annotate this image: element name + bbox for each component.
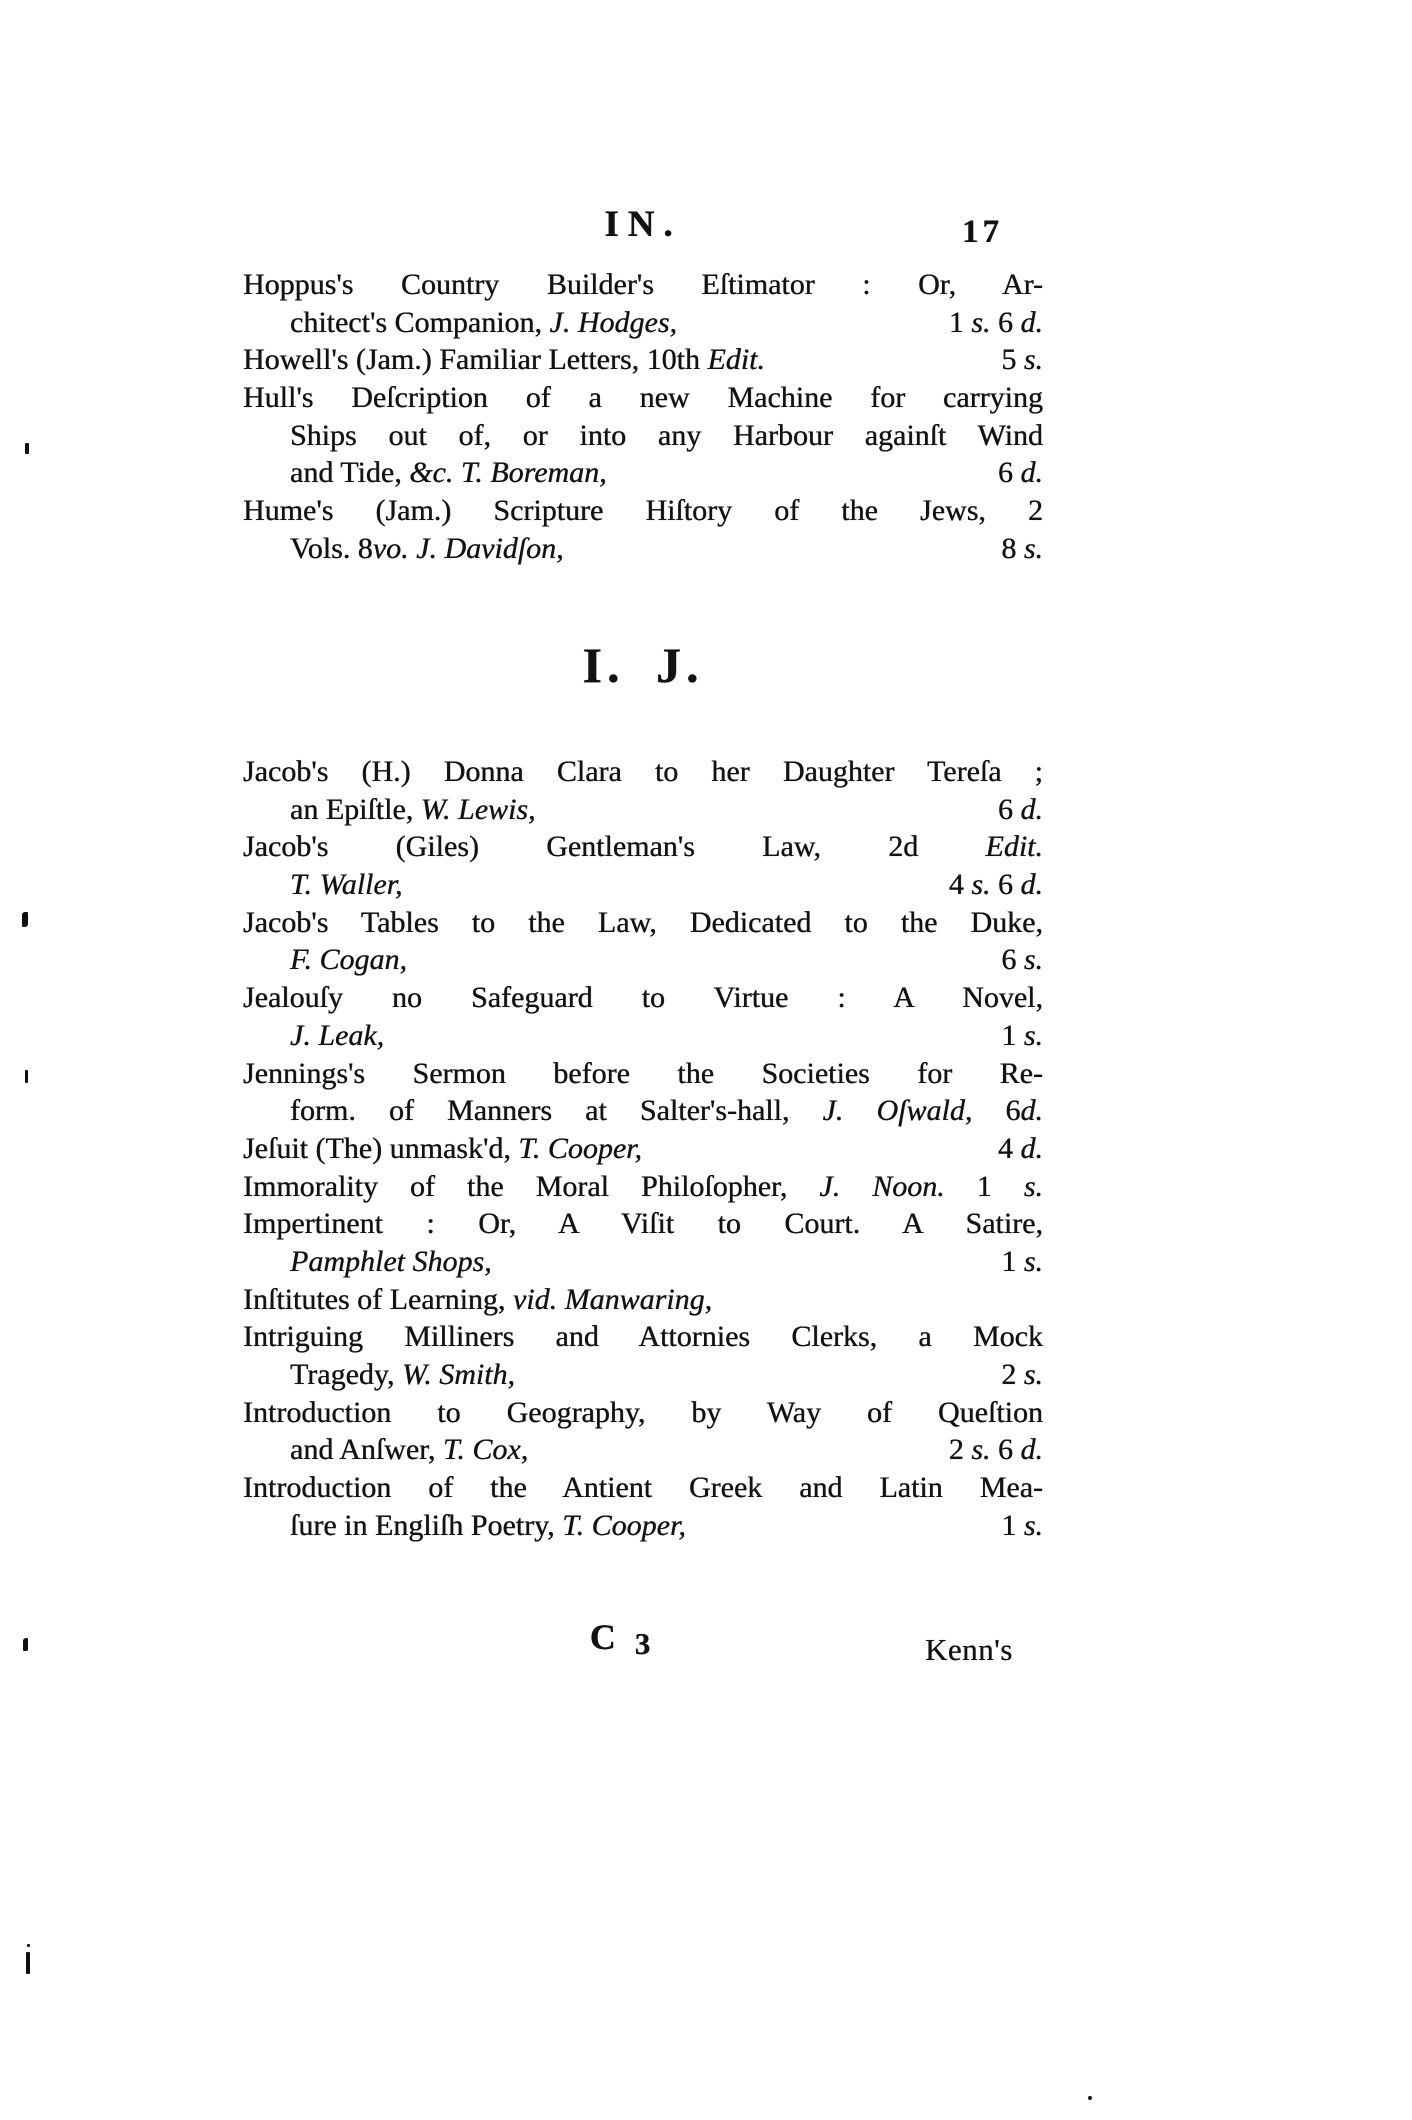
italic-text: d. (1021, 793, 1044, 826)
italic-text: &c. T. Boreman, (409, 456, 606, 489)
entry-price: 2 s. (989, 1356, 1043, 1394)
entry-line: chitect's Companion, J. Hodges,1 s. 6 d. (243, 304, 1043, 342)
margin-mark (25, 443, 29, 454)
italic-text: s. (1024, 943, 1043, 976)
italic-text: vid. Manwaring, (513, 1283, 712, 1316)
roman-text: Introduction to Geography, by Way of Que… (243, 1396, 1043, 1429)
roman-text: 6 (998, 456, 1021, 489)
roman-text: 6 (972, 1094, 1020, 1127)
entry-line: Hoppus's Country Builder's Eſtimator : O… (243, 266, 1043, 304)
roman-text: an Epiſtle, (290, 793, 421, 826)
entry-text: T. Waller, (290, 866, 403, 904)
signature-number: 3 (635, 1626, 651, 1661)
entry-line: Jennings's Sermon before the Societies f… (243, 1055, 1043, 1093)
entry-text: Jennings's Sermon before the Societies f… (243, 1057, 1043, 1090)
roman-text: 6 (991, 306, 1021, 339)
section-heading: I. J. (243, 636, 1043, 694)
roman-text: Inſtitutes of Learning, (243, 1283, 513, 1316)
italic-text: T. Cooper, (518, 1132, 642, 1165)
roman-text: Impertinent : Or, A Viſit to Court. A Sa… (243, 1207, 1043, 1240)
roman-text: Jealouſy no Safeguard to Virtue : A Nove… (243, 981, 1043, 1014)
signature-letter: C (590, 1617, 616, 1657)
roman-text: Jacob's (H.) Donna Clara to her Daughter… (243, 755, 1043, 788)
italic-text: d. (1021, 1094, 1044, 1127)
italic-text: s. (971, 868, 990, 901)
roman-text: Jeſuit (The) unmask'd, (243, 1132, 518, 1165)
entry-price: 4 d. (986, 1130, 1043, 1168)
entry-text: ſure in Engliſh Poetry, T. Cooper, (290, 1507, 686, 1545)
roman-text: 1 (949, 306, 972, 339)
italic-text: T. Cox, (443, 1433, 528, 1466)
entry-line: Pamphlet Shops,1 s. (243, 1243, 1043, 1281)
entry-line: Introduction of the Antient Greek and La… (243, 1469, 1043, 1507)
catalogue-page: IN. 17 I. J. Hoppus's Country Builder's … (0, 0, 1412, 2120)
entry-text: and Tide, &c. T. Boreman, (290, 454, 607, 492)
italic-text: Edit. (707, 343, 765, 376)
italic-text: s. (1024, 1170, 1043, 1203)
roman-text: Ships out of, or into any Harbour againſ… (290, 419, 1043, 452)
entry-line: and Tide, &c. T. Boreman,6 d. (243, 454, 1043, 492)
catchword: Kenn's (925, 1632, 1055, 1668)
italic-text: s. (1024, 1509, 1043, 1542)
entry-text: Howell's (Jam.) Familiar Letters, 10th E… (243, 341, 765, 379)
entry-line: Jacob's Tables to the Law, Dedicated to … (243, 904, 1043, 942)
roman-text: 6 (991, 868, 1021, 901)
margin-mark (27, 1944, 30, 1947)
italic-text: s. (971, 306, 990, 339)
italic-text: Pamphlet Shops, (290, 1245, 492, 1278)
roman-text: Jennings's Sermon before the Societies f… (243, 1057, 1043, 1090)
italic-text: s. (1024, 343, 1043, 376)
roman-text: form. of Manners at Salter's-hall, (290, 1094, 823, 1127)
entry-line: Jacob's (H.) Donna Clara to her Daughter… (243, 753, 1043, 791)
roman-text: 8 (1001, 532, 1024, 565)
italic-text: Edit. (986, 830, 1044, 863)
roman-text: 1 (1001, 1245, 1024, 1278)
roman-text: ſure in Engliſh Poetry, (290, 1509, 562, 1542)
roman-text: 6 (991, 1433, 1021, 1466)
italic-text: s. (1024, 1019, 1043, 1052)
entry-line: Jeſuit (The) unmask'd, T. Cooper,4 d. (243, 1130, 1043, 1168)
italic-text: s. (1024, 1358, 1043, 1391)
roman-text: 6 (998, 793, 1021, 826)
entry-line: Hume's (Jam.) Scripture Hiſtory of the J… (243, 492, 1043, 530)
margin-mark (25, 1070, 28, 1083)
entry-text: Tragedy, W. Smith, (290, 1356, 515, 1394)
roman-text: and Tide, (290, 456, 409, 489)
roman-text: Introduction of the Antient Greek and La… (243, 1471, 1043, 1504)
entry-price: 4 s. 6 d. (937, 866, 1043, 904)
italic-text: F. Cogan, (290, 943, 407, 976)
italic-text: d. (1021, 1433, 1044, 1466)
roman-text: chitect's Companion, (290, 306, 550, 339)
italic-text: s. (971, 1433, 990, 1466)
entry-line: ſure in Engliſh Poetry, T. Cooper,1 s. (243, 1507, 1043, 1545)
roman-text: 5 (1001, 343, 1024, 376)
roman-text: 2 (949, 1433, 972, 1466)
roman-text: 4 (949, 868, 972, 901)
entry-price: 1 s. (989, 1507, 1043, 1545)
entry-text: Vols. 8vo. J. Davidſon, (290, 530, 564, 568)
roman-text: Hoppus's Country Builder's Eſtimator : O… (243, 268, 1043, 301)
roman-text: and Anſwer, (290, 1433, 443, 1466)
entry-line: Tragedy, W. Smith,2 s. (243, 1356, 1043, 1394)
signature-mark: C 3 (560, 1616, 680, 1658)
roman-text: Tragedy, (290, 1358, 402, 1391)
italic-text: W. Smith, (402, 1358, 515, 1391)
entry-text: Ships out of, or into any Harbour againſ… (290, 419, 1043, 452)
entry-line: Impertinent : Or, A Viſit to Court. A Sa… (243, 1205, 1043, 1243)
entry-text: Jealouſy no Safeguard to Virtue : A Nove… (243, 981, 1043, 1014)
entry-text: Hoppus's Country Builder's Eſtimator : O… (243, 268, 1043, 301)
entry-price: 6 d. (986, 791, 1043, 829)
entry-text: Jacob's (Giles) Gentleman's Law, 2d Edit… (243, 830, 1043, 863)
entry-price: 5 s. (989, 341, 1043, 379)
roman-text: 1 (1001, 1509, 1024, 1542)
entry-text: Jacob's Tables to the Law, Dedicated to … (243, 906, 1043, 939)
entry-text: Hull's Deſcription of a new Machine for … (243, 381, 1043, 414)
italic-text: T. Waller, (290, 868, 403, 901)
entry-text: Jeſuit (The) unmask'd, T. Cooper, (243, 1130, 642, 1168)
roman-text: Immorality of the Moral Philoſopher, (243, 1170, 819, 1203)
italic-text: vo. J. Davidſon, (373, 532, 564, 565)
margin-mark (23, 1638, 28, 1651)
roman-text: Howell's (Jam.) Familiar Letters, 10th (243, 343, 707, 376)
entry-text: Hume's (Jam.) Scripture Hiſtory of the J… (243, 494, 1043, 527)
roman-text: Jacob's (Giles) Gentleman's Law, 2d (243, 830, 986, 863)
roman-text: 1 (945, 1170, 1024, 1203)
entry-line: T. Waller,4 s. 6 d. (243, 866, 1043, 904)
entry-text: Jacob's (H.) Donna Clara to her Daughter… (243, 755, 1043, 788)
italic-text: J. Noon. (819, 1170, 944, 1203)
italic-text: d. (1021, 1132, 1044, 1165)
entry-price: 1 s. 6 d. (937, 304, 1043, 342)
italic-text: T. Cooper, (562, 1509, 686, 1542)
entry-line: Introduction to Geography, by Way of Que… (243, 1394, 1043, 1432)
italic-text: s. (1024, 532, 1043, 565)
entry-line: Jacob's (Giles) Gentleman's Law, 2d Edit… (243, 828, 1043, 866)
entry-line: Inſtitutes of Learning, vid. Manwaring, (243, 1281, 1043, 1319)
roman-text: 6 (1001, 943, 1024, 976)
entry-price: 6 d. (986, 454, 1043, 492)
entry-text: Intriguing Milliners and Attornies Clerk… (243, 1320, 1043, 1353)
entry-line: F. Cogan,6 s. (243, 941, 1043, 979)
entry-line: Jealouſy no Safeguard to Virtue : A Nove… (243, 979, 1043, 1017)
entry-text: and Anſwer, T. Cox, (290, 1431, 528, 1469)
roman-text: 1 (1001, 1019, 1024, 1052)
italic-text: W. Lewis, (421, 793, 536, 826)
entry-block: Hoppus's Country Builder's Eſtimator : O… (243, 266, 1043, 568)
roman-text: 4 (998, 1132, 1021, 1165)
italic-text: s. (1024, 1245, 1043, 1278)
running-head: IN. (243, 203, 1043, 246)
italic-text: d. (1021, 868, 1044, 901)
entry-line: J. Leak,1 s. (243, 1017, 1043, 1055)
entry-text: an Epiſtle, W. Lewis, (290, 791, 536, 829)
italic-text: d. (1021, 306, 1044, 339)
entry-line: an Epiſtle, W. Lewis,6 d. (243, 791, 1043, 829)
roman-text: Vols. 8 (290, 532, 373, 565)
italic-text: J. Hodges, (550, 306, 677, 339)
entry-price: 2 s. 6 d. (937, 1431, 1043, 1469)
entry-text: Introduction to Geography, by Way of Que… (243, 1396, 1043, 1429)
entry-price: 1 s. (989, 1243, 1043, 1281)
entry-text: J. Leak, (290, 1017, 384, 1055)
entry-line: form. of Manners at Salter's-hall, J. Oſ… (243, 1092, 1043, 1130)
roman-text: Hume's (Jam.) Scripture Hiſtory of the J… (243, 494, 1043, 527)
entry-text: Impertinent : Or, A Viſit to Court. A Sa… (243, 1207, 1043, 1240)
margin-mark (1088, 2096, 1092, 2100)
italic-text: J. Oſwald, (823, 1094, 973, 1127)
roman-text: Jacob's Tables to the Law, Dedicated to … (243, 906, 1043, 939)
entry-line: Ships out of, or into any Harbour againſ… (243, 417, 1043, 455)
entry-line: Intriguing Milliners and Attornies Clerk… (243, 1318, 1043, 1356)
entry-price: 8 s. (989, 530, 1043, 568)
entry-text: Immorality of the Moral Philoſopher, J. … (243, 1170, 1043, 1203)
entry-line: Immorality of the Moral Philoſopher, J. … (243, 1168, 1043, 1206)
entry-text: form. of Manners at Salter's-hall, J. Oſ… (290, 1094, 1043, 1127)
entry-text: Introduction of the Antient Greek and La… (243, 1471, 1043, 1504)
entry-text: chitect's Companion, J. Hodges, (290, 304, 677, 342)
entry-block: Jacob's (H.) Donna Clara to her Daughter… (243, 753, 1043, 1544)
roman-text: Intriguing Milliners and Attornies Clerk… (243, 1320, 1043, 1353)
entry-text: Inſtitutes of Learning, vid. Manwaring, (243, 1283, 712, 1316)
margin-mark (22, 912, 28, 927)
entry-line: Vols. 8vo. J. Davidſon,8 s. (243, 530, 1043, 568)
page-number: 17 (962, 214, 1052, 251)
margin-mark (26, 1952, 30, 1974)
entry-line: Howell's (Jam.) Familiar Letters, 10th E… (243, 341, 1043, 379)
italic-text: J. Leak, (290, 1019, 384, 1052)
entry-line: Hull's Deſcription of a new Machine for … (243, 379, 1043, 417)
entry-price: 6 s. (989, 941, 1043, 979)
roman-text: 2 (1001, 1358, 1024, 1391)
italic-text: d. (1021, 456, 1044, 489)
entry-text: F. Cogan, (290, 941, 407, 979)
entry-text: Pamphlet Shops, (290, 1243, 492, 1281)
entry-line: and Anſwer, T. Cox,2 s. 6 d. (243, 1431, 1043, 1469)
entry-price: 1 s. (989, 1017, 1043, 1055)
roman-text: Hull's Deſcription of a new Machine for … (243, 381, 1043, 414)
